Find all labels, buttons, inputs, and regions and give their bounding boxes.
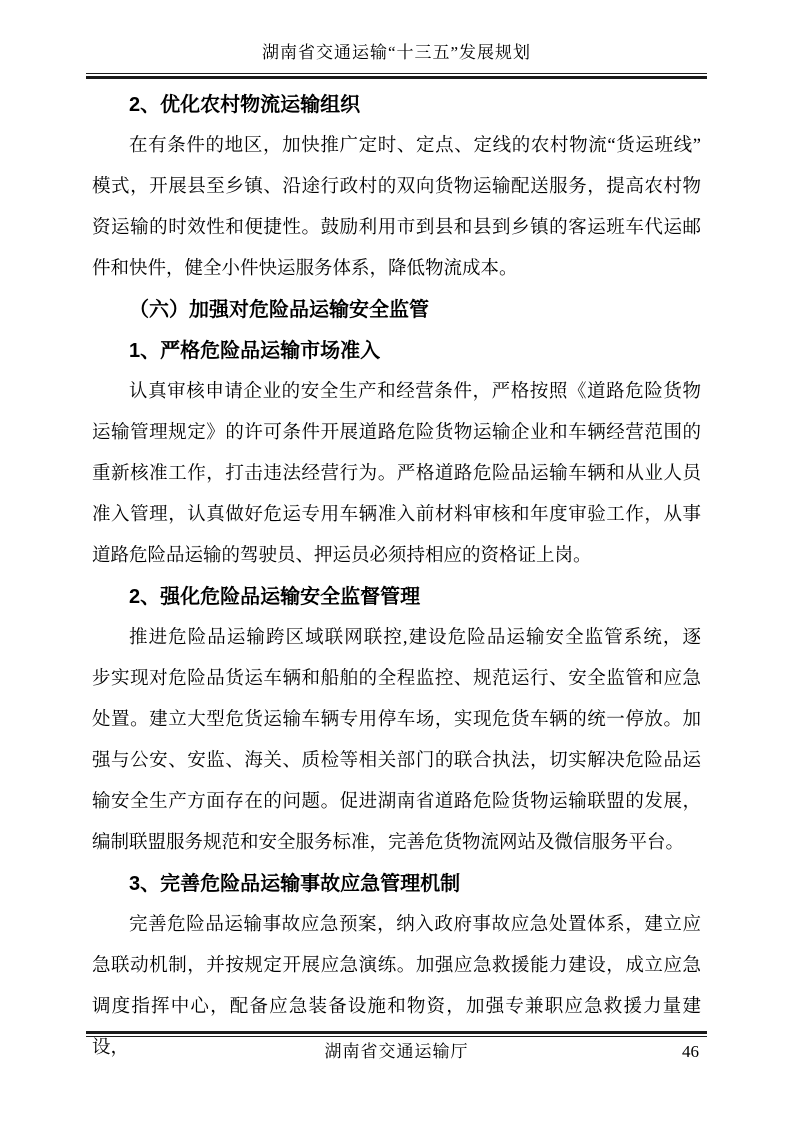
body-line: 重新核准工作，打击违法经营行为。严格道路危险品运输车辆和从业人员 <box>92 454 701 495</box>
body-line: 编制联盟服务规范和安全服务标准，完善危货物流网站及微信服务平台。 <box>92 823 701 864</box>
section-heading: 3、完善危险品运输事故应急管理机制 <box>92 864 701 905</box>
page-header: 湖南省交通运输“十三五”发展规划 <box>86 40 707 79</box>
page-footer: 湖南省交通运输厅 46 <box>86 1031 707 1064</box>
body-line: 准入管理，认真做好危运专用车辆准入前材料审核和年度审验工作，从事 <box>92 495 701 536</box>
body-line: 调度指挥中心，配备应急装备设施和物资，加强专兼职应急救援力量建设， <box>92 987 701 1028</box>
body-line: 在有条件的地区，加快推广定时、定点、定线的农村物流“货运班线” <box>92 126 701 167</box>
body-line: 件和快件，健全小件快运服务体系，降低物流成本。 <box>92 249 701 290</box>
section-heading: （六）加强对危险品运输安全监管 <box>92 290 701 331</box>
footer-rule <box>86 1031 707 1037</box>
body-line: 道路危险品运输的驾驶员、押运员必须持相应的资格证上岗。 <box>92 536 701 577</box>
section-heading: 2、强化危险品运输安全监督管理 <box>92 577 701 618</box>
body-line: 完善危险品运输事故应急预案，纳入政府事故应急处置体系，建立应 <box>92 905 701 946</box>
body-line: 处置。建立大型危货运输车辆专用停车场，实现危货车辆的统一停放。加 <box>92 700 701 741</box>
header-title: 湖南省交通运输“十三五”发展规划 <box>86 40 707 66</box>
footer-row: 湖南省交通运输厅 46 <box>86 1040 707 1064</box>
document-page: 湖南省交通运输“十三五”发展规划 2、优化农村物流运输组织 在有条件的地区，加快… <box>0 0 793 1122</box>
document-body: 2、优化农村物流运输组织 在有条件的地区，加快推广定时、定点、定线的农村物流“货… <box>92 85 701 1028</box>
header-rule <box>86 73 707 79</box>
body-line: 认真审核申请企业的安全生产和经营条件，严格按照《道路危险货物 <box>92 372 701 413</box>
body-line: 强与公安、安监、海关、质检等相关部门的联合执法，切实解决危险品运 <box>92 741 701 782</box>
body-line: 资运输的时效性和便捷性。鼓励利用市到县和县到乡镇的客运班车代运邮 <box>92 208 701 249</box>
section-heading: 2、优化农村物流运输组织 <box>92 85 701 126</box>
section-heading: 1、严格危险品运输市场准入 <box>92 331 701 372</box>
body-line: 步实现对危险品货运车辆和船舶的全程监控、规范运行、安全监管和应急 <box>92 659 701 700</box>
body-line: 模式，开展县至乡镇、沿途行政村的双向货物运输配送服务，提高农村物 <box>92 167 701 208</box>
page-number: 46 <box>682 1040 699 1064</box>
body-line: 输安全生产方面存在的问题。促进湖南省道路危险货物运输联盟的发展， <box>92 782 701 823</box>
body-line: 推进危险品运输跨区域联网联控,建设危险品运输安全监管系统，逐 <box>92 618 701 659</box>
footer-department: 湖南省交通运输厅 <box>86 1040 707 1064</box>
body-line: 急联动机制，并按规定开展应急演练。加强应急救援能力建设，成立应急 <box>92 946 701 987</box>
body-line: 运输管理规定》的许可条件开展道路危险货物运输企业和车辆经营范围的 <box>92 413 701 454</box>
